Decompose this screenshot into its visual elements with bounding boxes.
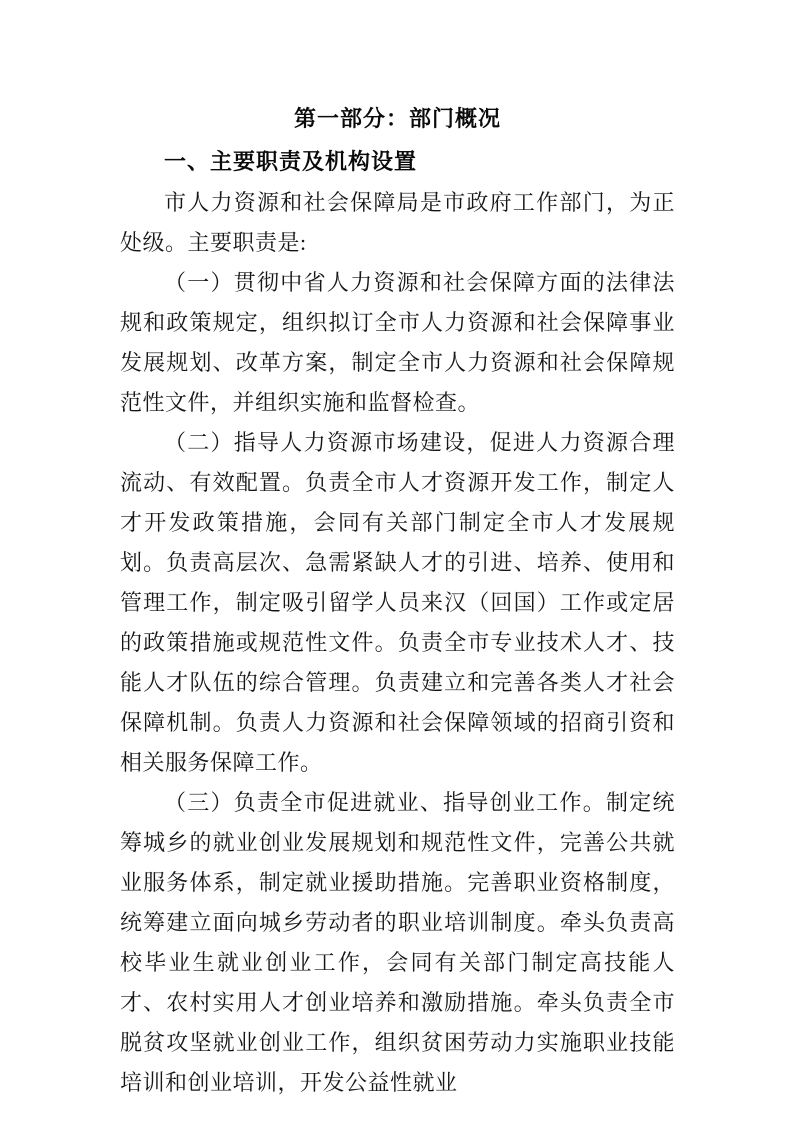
- paragraph-duty-3: （三）负责全市促进就业、指导创业工作。制定统筹城乡的就业创业发展规划和规范性文件…: [120, 783, 675, 1103]
- paragraph-intro: 市人力资源和社会保障局是市政府工作部门，为正处级。主要职责是:: [120, 183, 675, 263]
- document-page: 第一部分：部门概况 一、主要职责及机构设置 市人力资源和社会保障局是市政府工作部…: [0, 0, 793, 1122]
- paragraph-duty-2: （二）指导人力资源市场建设，促进人力资源合理流动、有效配置。负责全市人才资源开发…: [120, 423, 675, 783]
- section-heading: 一、主要职责及机构设置: [120, 141, 675, 183]
- document-title: 第一部分：部门概况: [120, 99, 675, 139]
- paragraph-duty-1: （一）贯彻中省人力资源和社会保障方面的法律法规和政策规定，组织拟订全市人力资源和…: [120, 263, 675, 423]
